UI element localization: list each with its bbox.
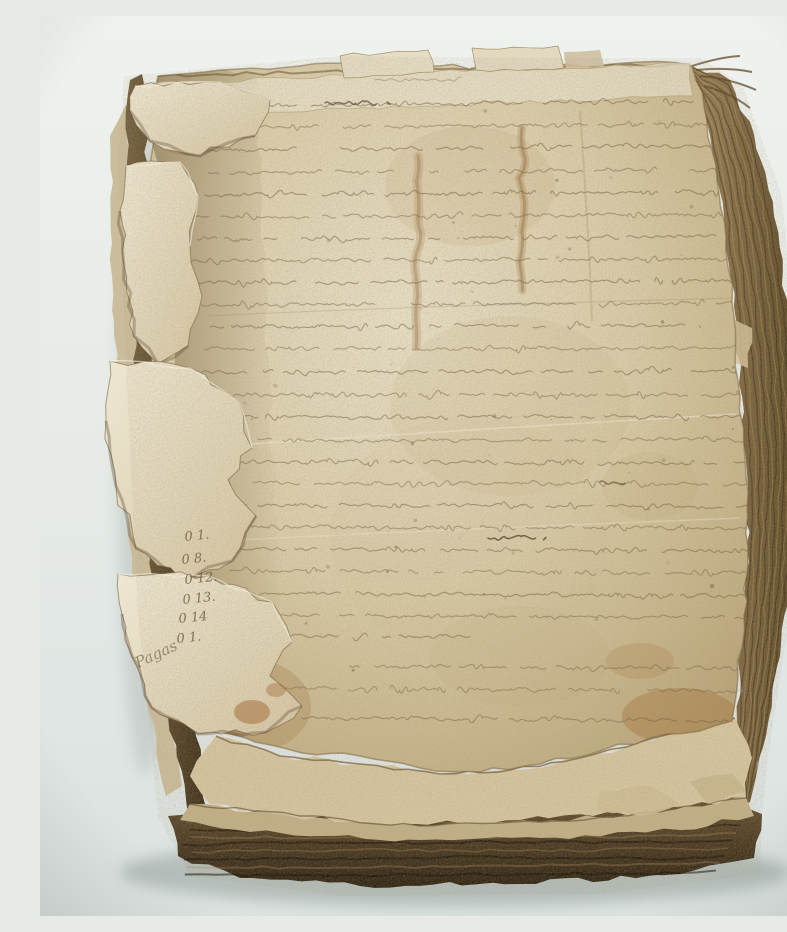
manuscript-photo-svg: 26893 p. 2680 1.0 8.0 12.0 13.0 140 1.Pa… <box>40 16 787 916</box>
photo-of-manuscript: 26893 p. 2680 1.0 8.0 12.0 13.0 140 1.Pa… <box>40 16 787 916</box>
vignette <box>40 16 787 916</box>
